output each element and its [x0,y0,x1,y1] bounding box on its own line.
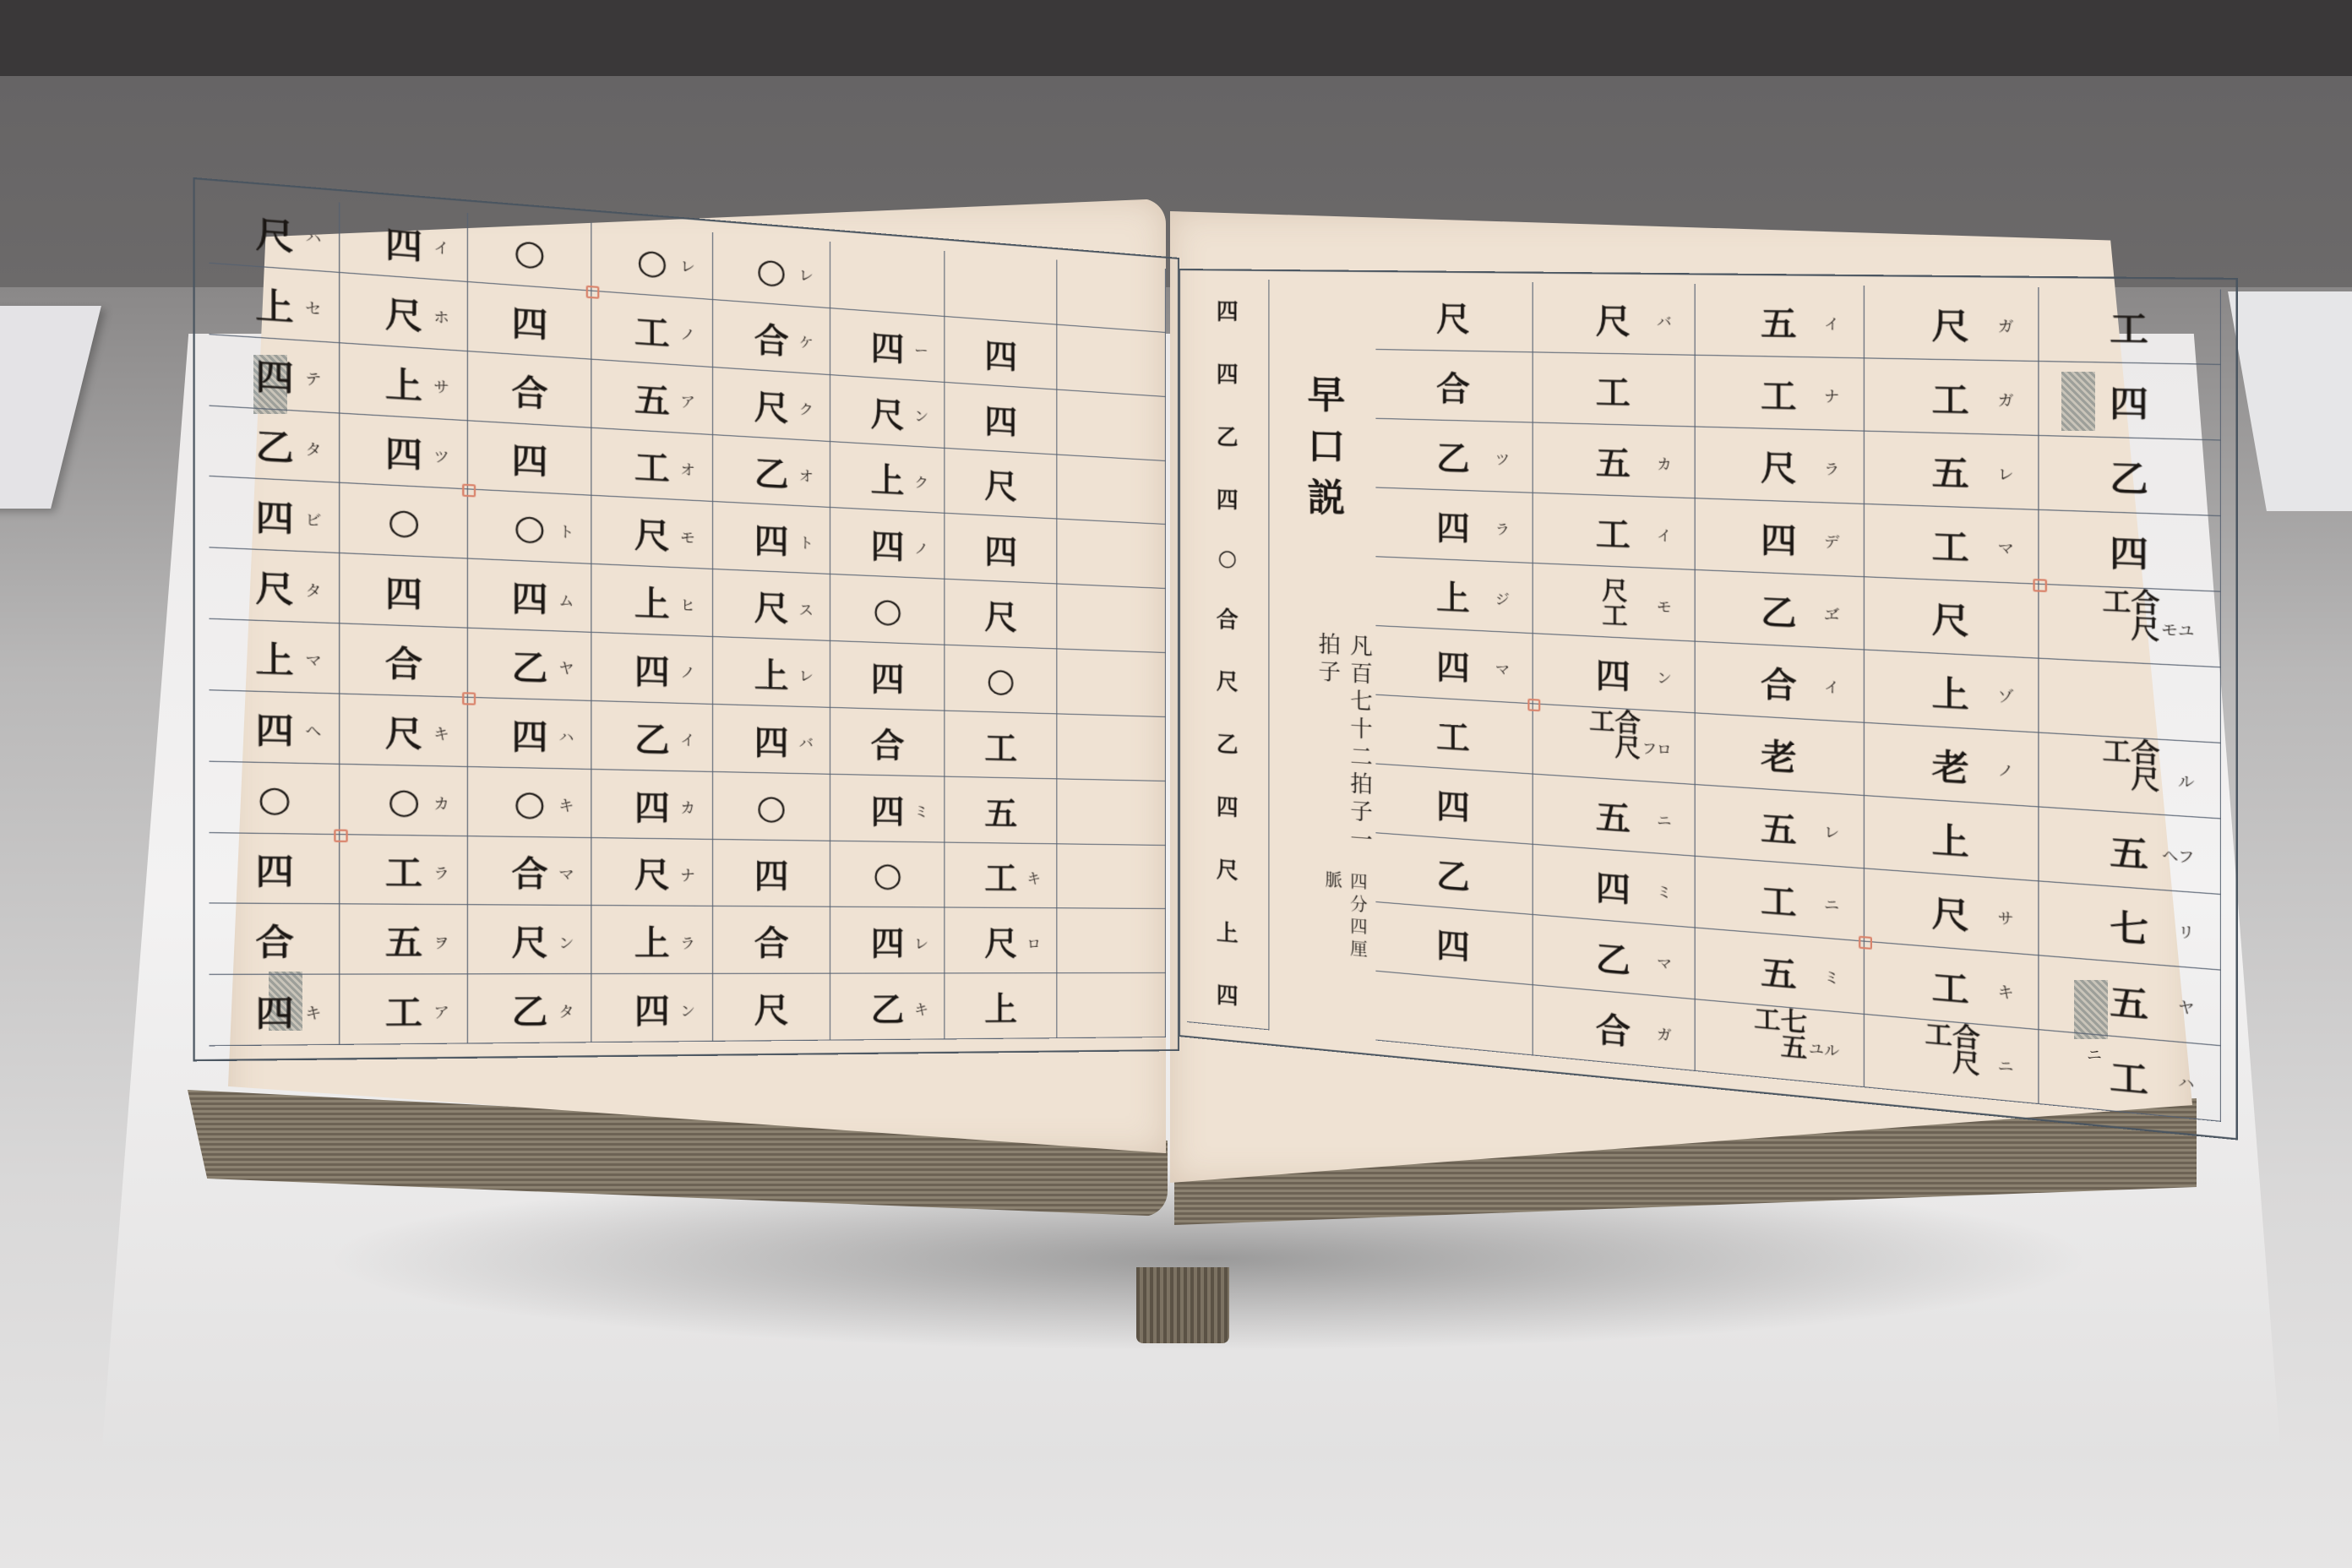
kana-annotation: ン [680,999,695,1020]
kana-annotation: ビ [305,508,321,530]
kana-annotation: ラ [433,862,449,883]
notation-cell: 老 [1696,713,1865,796]
note-glyph: 四 [871,519,905,569]
notation-cell: ○ト [468,490,592,564]
note-glyph: 工 [1932,518,1969,570]
notation-cell: ○レ [592,223,713,300]
note-glyph: 四 [385,215,422,269]
note-glyph: 合 [754,916,789,965]
kana-annotation: ガ [1657,1023,1672,1045]
kana-annotation: キ [433,722,449,743]
note-glyph: 尺 [984,459,1017,508]
spine-note-glyph: 合 [1217,602,1239,634]
note-glyph: 五 [1932,444,1969,496]
notation-cell: 四キ [210,975,340,1047]
kana-annotation: ツ [1495,449,1510,469]
note-glyph: 工 [1596,364,1631,414]
note-glyph: 尺 [754,983,789,1032]
kana-annotation: ン [558,932,574,953]
kana-annotation: ム [558,589,574,610]
kana-annotation: ヘフ [2162,843,2195,867]
notation-cell: 合マ [468,836,592,906]
kana-annotation: バ [1657,310,1672,331]
notation-cell [1057,260,1166,333]
notation-cell: ○ [830,841,945,908]
kana-annotation: サ [433,375,449,397]
kana-annotation: ユル [1809,1037,1839,1060]
note-glyph: 尺 [1596,293,1631,342]
note-glyph: 合 [1596,1001,1631,1053]
notation-cell: 合尺工フロ [1533,704,1696,785]
notation-cell: 尺 [713,974,830,1042]
note-glyph: 上 [385,355,422,408]
note-glyph: 尺 [1761,439,1797,490]
note-glyph: 四 [385,425,422,477]
note-glyph: 上 [255,276,294,330]
notation-cell: 上ジ [1375,557,1533,634]
note-glyph: 乙 [634,711,670,761]
note-glyph: 四 [1436,917,1470,968]
notation-cell: 上ク [830,442,945,514]
kana-annotation: ラ [1824,458,1839,479]
note-glyph: 四 [754,715,789,765]
note-glyph: 乙 [511,639,547,689]
notation-cell [1057,585,1166,653]
note-glyph: 合 [1761,656,1797,707]
spine-note-glyph: 上 [1217,915,1239,948]
kana-annotation: ラ [680,932,695,952]
notation-cell: 四マ [1375,626,1533,704]
note-glyph: 四 [1436,779,1470,829]
note-glyph: 工 [984,852,1017,899]
note-glyph: 尺 [255,205,294,259]
red-cell-mark [1859,936,1872,950]
notation-cell: 工キ [945,842,1057,909]
notation-cell: 四ミ [1533,845,1696,928]
notation-cell: 老ノ [1865,723,2039,808]
note-glyph: 五 [1596,789,1631,841]
kana-annotation: タ [305,438,321,460]
notation-cell: 尺サ [1865,868,2039,955]
spine-note-glyph: 尺 [1217,664,1239,697]
notation-cell: 合ケ [713,300,830,375]
kana-annotation: リ [2178,920,2195,943]
note-glyph: 乙 [1761,584,1797,635]
note-glyph: ○ [514,506,546,548]
note-glyph: ○ [637,240,668,282]
note-glyph: ○ [756,786,787,826]
notation-cell: 五カ [1533,423,1696,499]
note-glyph: 乙 [1596,931,1631,983]
kana-annotation: キ [1027,868,1041,888]
kana-annotation: イ [1657,524,1672,545]
kana-annotation: ナ [1824,385,1839,406]
note-glyph: 尺 [754,378,789,429]
note-glyph: ○ [388,499,421,542]
kana-annotation: ニ [1657,809,1672,830]
kana-annotation: ホ [433,306,449,328]
kana-annotation: ハ [558,726,574,747]
note-glyph: 乙 [1436,431,1470,480]
notation-cell [1057,714,1166,781]
notation-cell: 乙タ [468,974,592,1043]
kana-annotation: イ [1824,675,1839,697]
kana-annotation: ク [799,398,814,419]
note-glyph: 合 [255,913,294,965]
kana-annotation: レ [1998,463,2014,485]
book-spine [1136,1267,1229,1343]
kana-annotation: ン [914,406,928,427]
note-glyph: 工 [1761,872,1797,924]
spine-column: 四四乙四○合尺乙四尺上四 [1187,279,1269,1030]
kana-annotation: セ [305,297,321,319]
notation-cell: 四 [830,641,945,711]
kana-annotation: フロ [1642,737,1672,759]
notation-cell: 尺 [945,580,1057,649]
note-glyph: 上 [1436,570,1470,620]
kana-annotation: オ [799,465,814,486]
note-glyph: ○ [514,230,546,273]
note-glyph: 乙 [1436,848,1470,899]
notation-cell: 四デ [1696,498,1865,577]
notation-cell: 四ー [830,308,945,383]
note-glyph: 尺 [1932,591,1969,644]
note-glyph: 四 [871,784,905,832]
kana-annotation: イ [680,729,695,750]
notation-cell: 上 [1865,796,2039,881]
note-glyph: 尺 [385,286,422,339]
notation-cell: ○ [945,645,1057,714]
note-glyph: 四 [511,294,547,346]
note-glyph: 工 [1932,371,1969,422]
notation-cell: 合尺工ル [2039,733,2221,819]
kana-annotation: ル [2178,769,2195,792]
note-glyph: 合 [1436,362,1470,411]
notation-cell: 四カ [592,770,713,840]
kana-annotation: キ [305,1001,321,1022]
notation-cell: 乙オ [713,435,830,509]
subtitle-side: 四分四厘脈 [1320,870,1370,972]
section-subtitle: 凡百七十二拍子一拍子 四分四厘脈 [1269,621,1375,972]
spine-note-glyph: 乙 [1217,420,1239,452]
note-glyph: 尺 [984,917,1017,964]
kana-annotation: キ [1998,980,2014,1003]
notation-cell: 四テ [210,335,340,413]
note-glyph: 尺 [511,915,547,965]
note-glyph: 四 [511,432,547,483]
kana-annotation: マ [1657,951,1672,973]
note-glyph: 五 [2110,823,2148,877]
notation-cell: 五 [945,776,1057,844]
note-glyph: 四 [255,701,294,754]
subtitle-main: 凡百七十二拍子一拍子 [1312,631,1376,874]
kana-annotation: ハ [2178,1070,2195,1093]
notation-cell: 尺ガ [1865,286,2039,362]
notation-cell: 工イ [1533,493,1696,570]
red-cell-mark [335,829,349,842]
notation-cell: 四 [468,421,592,496]
note-glyph: 五 [1761,800,1797,852]
notation-cell: 乙イ [592,701,713,772]
kana-annotation: キ [558,794,574,815]
note-glyph: 尺 [871,386,905,436]
notation-cell: 乙 [2039,436,2221,516]
spine-note-glyph: 四 [1217,295,1239,327]
notation-cell: 四バ [713,705,830,775]
note-glyph: 四 [634,643,670,694]
kana-annotation: ノ [914,537,928,558]
note-glyph: ○ [756,249,787,291]
note-glyph: 尺 [634,847,670,897]
note-glyph: 四 [255,842,294,894]
notation-cell: 上マ [210,619,340,694]
spine-note-glyph: 四 [1217,357,1239,389]
right-notation-grid: 四四乙四○合尺乙四尺上四 早口説 凡百七十二拍子一拍子 四分四厘脈 尺合乙ツ四ラ… [1187,279,2221,1122]
notation-cell: 四 [340,553,468,628]
notation-cell [1057,324,1166,396]
note-glyph: 四 [511,570,547,622]
notation-cell [830,242,945,317]
note-glyph: 尺 [634,507,670,558]
note-glyph: 工 [634,303,670,355]
dark-wall-band [0,0,2352,76]
note-glyph: 工 [2110,299,2148,351]
kana-annotation: レ [799,665,814,685]
notation-cell: 四ノ [592,633,713,705]
notation-cell: 四 [210,833,340,905]
notation-cell: 尺 [1375,280,1533,352]
note-glyph: 合尺工 [2100,587,2158,664]
note-glyph: 四 [634,983,670,1033]
note-glyph: 上 [754,647,789,697]
note-glyph: 四 [634,779,670,829]
note-glyph: 乙 [511,983,547,1033]
note-glyph: 五 [1761,296,1797,346]
notation-cell: 四 [1375,765,1533,845]
notation-cell: 四 [945,514,1057,584]
notation-cell: 尺ン [468,906,592,975]
notation-cell: 工 [1533,352,1696,427]
notation-cell: 五ニ [1533,775,1696,857]
left-notation-grid: 尺ハ四イ○○レ○レ上セ尺ホ四工ノ合ケ四ー四四テ上サ合五ア尺ク尺ン四乙タ四ツ四工オ… [210,192,1166,1046]
notation-cell [1057,844,1166,910]
note-glyph: ○ [388,779,421,821]
notation-cell: 四レ [830,907,945,974]
kana-annotation: ア [433,1000,449,1021]
note-glyph: 尺 [984,590,1017,639]
note-glyph: 上 [1932,664,1969,716]
kana-annotation: タ [558,1000,574,1021]
note-glyph: 四 [871,917,905,965]
kana-annotation: ミ [1824,966,1839,988]
notation-cell: 尺ラ [1696,427,1865,504]
spine-note-glyph: ○ [1218,545,1238,571]
note-glyph: 合尺工 [2100,737,2158,814]
notation-cell: 尺ン [830,375,945,449]
note-glyph: 上 [1932,811,1969,864]
notation-cell: 工ノ [592,291,713,367]
notation-cell: 尺タ [210,548,340,624]
notation-cell: 五ヲ [340,905,468,975]
notation-cell: 四 [2039,510,2221,592]
notation-cell: 乙ヤ [468,629,592,701]
notation-cell: 四 [945,383,1057,455]
kana-annotation: ナ [680,864,695,885]
note-glyph: 上 [255,630,294,683]
kana-annotation: カ [433,792,449,814]
notation-cell: 乙キ [830,974,945,1041]
kana-annotation: ツ [433,444,449,466]
notation-cell: ○キ [468,767,592,838]
notation-cell: 四 [713,839,830,907]
notation-cell: 工マ [1865,504,2039,585]
notation-cell: 四ト [713,502,830,574]
page-number: ニ [2087,1043,2102,1065]
notation-cell: ○ [713,772,830,841]
notation-cell: 五レ [1865,432,2039,510]
kana-annotation: デ [1824,531,1839,552]
notation-cell: 四ヘ [210,690,340,764]
note-glyph: 四 [1761,512,1797,563]
kana-annotation: モユ [2161,618,2194,640]
kana-annotation: モ [1657,596,1672,617]
notation-cell: 合イ [1696,642,1865,723]
spine-note-glyph: 四 [1217,977,1239,1011]
notation-cell [1057,909,1166,974]
note-glyph: 五 [2110,972,2148,1027]
note-glyph: 老 [1932,738,1969,791]
notation-cell: ○カ [340,765,468,836]
note-glyph: 四 [255,346,294,400]
note-glyph: 尺工 [1600,576,1625,627]
note-glyph: 四 [1596,647,1631,698]
kana-annotation: ハ [305,226,321,249]
note-glyph: 合 [511,846,547,896]
note-glyph: 四 [754,848,789,897]
red-cell-mark [586,286,600,299]
note-glyph: 四 [754,513,789,563]
note-glyph: 尺 [255,559,294,612]
kana-annotation: カ [1657,453,1672,474]
kana-annotation: マ [1495,658,1510,679]
notation-cell: 上ヒ [592,564,713,637]
kana-annotation: モ [680,525,695,547]
note-glyph: 乙 [754,446,789,497]
note-glyph: ○ [258,776,291,819]
notation-cell: 五レ [1696,785,1865,868]
note-glyph: 老 [1761,728,1797,780]
kana-annotation: ト [799,531,814,553]
note-glyph: 四 [871,320,905,371]
notation-cell: 工ナ [1696,356,1865,432]
kana-annotation: ラ [1495,518,1510,538]
notation-cell: 合 [468,351,592,427]
notation-cell: 五イ [1696,284,1865,358]
kana-annotation: ゾ [1998,684,2014,706]
note-glyph: 四 [984,394,1017,443]
notation-cell [1057,779,1166,846]
note-glyph: 五 [1596,435,1631,485]
spine-note-glyph: 四 [1217,789,1239,822]
note-glyph: 四 [2110,374,2148,427]
notation-cell: 四ン [592,974,713,1043]
notation-cell: 四ラ [1375,488,1533,563]
notation-cell: 四 [945,317,1057,389]
note-glyph: 工 [1436,709,1470,759]
notation-cell: 合 [830,708,945,777]
note-glyph: 四 [385,564,422,617]
kana-annotation: キ [914,999,928,1019]
note-glyph: 合 [871,717,905,766]
note-glyph: 四 [984,328,1017,378]
notation-cell: 五ヘフ [2039,808,2221,896]
notation-cell: 上 [945,973,1057,1039]
kana-annotation: ヤ [558,657,574,678]
kana-annotation: ガ [1998,389,2014,411]
notation-cell: 四ン [1533,634,1696,713]
notation-cell: 四ビ [210,476,340,553]
note-glyph: 工 [1932,958,1969,1012]
spine-note-glyph: 四 [1217,482,1239,514]
note-glyph: 合 [754,312,789,362]
notation-cell: 工ア [340,975,468,1045]
note-glyph: 上 [634,915,670,964]
notation-cell: 合 [713,906,830,974]
red-cell-mark [2033,579,2048,592]
kana-annotation: ク [914,471,928,493]
red-cell-mark [1527,699,1540,711]
notation-cell: ○ [468,213,592,291]
notation-cell: 工ガ [1865,358,2039,436]
note-glyph: 五 [634,371,670,422]
note-glyph: 合 [511,363,547,416]
note-glyph: 合尺工 [1923,1020,1978,1097]
note-glyph: 七五工 [1752,1004,1805,1081]
kana-annotation: ケ [799,331,814,352]
notation-cell: 四ハ [468,698,592,770]
notation-cell [1057,389,1166,460]
note-glyph: 五 [1761,945,1797,997]
notation-cell: 四 [2039,362,2221,440]
note-glyph: 四 [984,525,1017,574]
kana-annotation: ヲ [433,931,449,952]
notation-cell: ○レ [713,232,830,308]
notation-cell: 上ラ [592,906,713,974]
notation-cell: 尺バ [1533,282,1696,356]
kana-annotation: ヒ [680,594,695,615]
kana-annotation: レ [1824,820,1839,842]
note-glyph: 上 [871,453,905,503]
note-glyph: 四 [255,984,294,1036]
notation-cell: 尺 [945,448,1057,519]
kana-annotation: バ [799,732,814,752]
kana-annotation: ミ [1657,880,1672,902]
notation-cell: 乙ツ [1375,419,1533,493]
notation-cell: 四ミ [830,774,945,842]
notation-cell: 尺ナ [592,838,713,907]
kana-annotation: ア [680,390,695,411]
note-glyph: 工 [385,844,422,895]
kana-annotation: サ [1998,906,2014,929]
kana-annotation: ガ [1998,315,2014,336]
spine-note-glyph: 乙 [1217,727,1239,759]
notation-cell: 尺 [1865,577,2039,659]
note-glyph: 工 [385,983,422,1034]
notation-cell: 乙タ [210,406,340,483]
notation-cell: 上サ [340,343,468,421]
notation-cell: 工オ [592,427,713,502]
kana-annotation: ノ [680,323,695,344]
